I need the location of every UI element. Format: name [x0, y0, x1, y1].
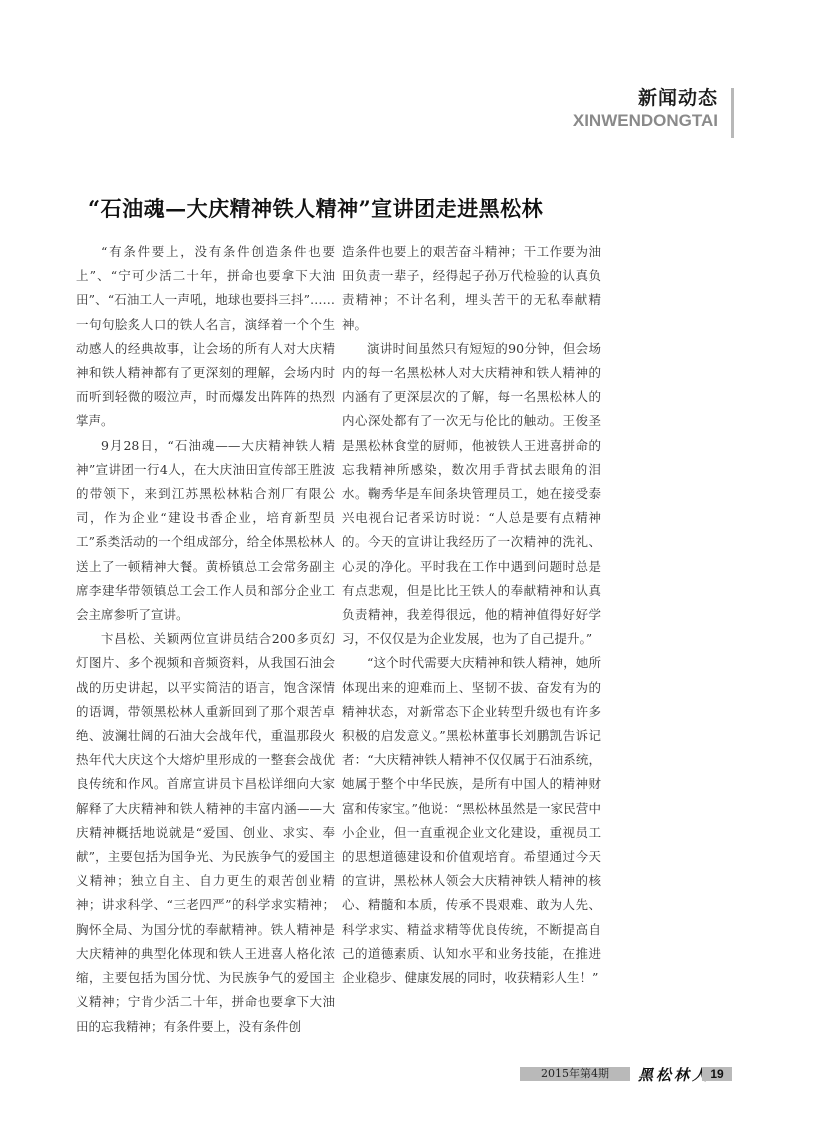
paragraph: 卞昌松、关颖两位宣讲员结合200多页幻灯图片、多个视频和音频资料，从我国石油会战…	[76, 627, 335, 1038]
section-header: 新闻动态 XINWENDONGTAI	[573, 86, 718, 132]
page-footer: 2015年第4期 黑松林人 19	[520, 1066, 732, 1082]
magazine-logo: 黑松林人	[638, 1064, 700, 1085]
page-number: 19	[702, 1067, 732, 1081]
article-column-left: “有条件要上，没有条件创造条件也要上”、“宁可少活二十年，拼命也要拿下大油田”、…	[76, 240, 335, 1039]
article-column-right: 造条件也要上的艰苦奋斗精神；干工作要为油田负责一辈子，经得起子孙万代检验的认真负…	[342, 240, 601, 990]
issue-label: 2015年第4期	[520, 1067, 630, 1081]
section-title-cn: 新闻动态	[573, 86, 718, 110]
paragraph-continued: 造条件也要上的艰苦奋斗精神；干工作要为油田负责一辈子，经得起子孙万代检验的认真负…	[342, 240, 601, 337]
paragraph: 演讲时间虽然只有短短的90分钟，但会场内的每一名黑松林人对大庆精神和铁人精神的内…	[342, 337, 601, 652]
paragraph: 9月28日，“石油魂——大庆精神铁人精神”宣讲团一行4人，在大庆油田宣传部王胜波…	[76, 434, 335, 628]
paragraph: “有条件要上，没有条件创造条件也要上”、“宁可少活二十年，拼命也要拿下大油田”、…	[76, 240, 335, 434]
article-title: “石油魂—大庆精神铁人精神”宣讲团走进黑松林	[88, 193, 648, 223]
paragraph: “这个时代需要大庆精神和铁人精神，她所体现出来的迎难而上、坚韧不拔、奋发有为的精…	[342, 651, 601, 990]
section-divider	[731, 88, 734, 138]
section-title-en: XINWENDONGTAI	[573, 110, 718, 132]
